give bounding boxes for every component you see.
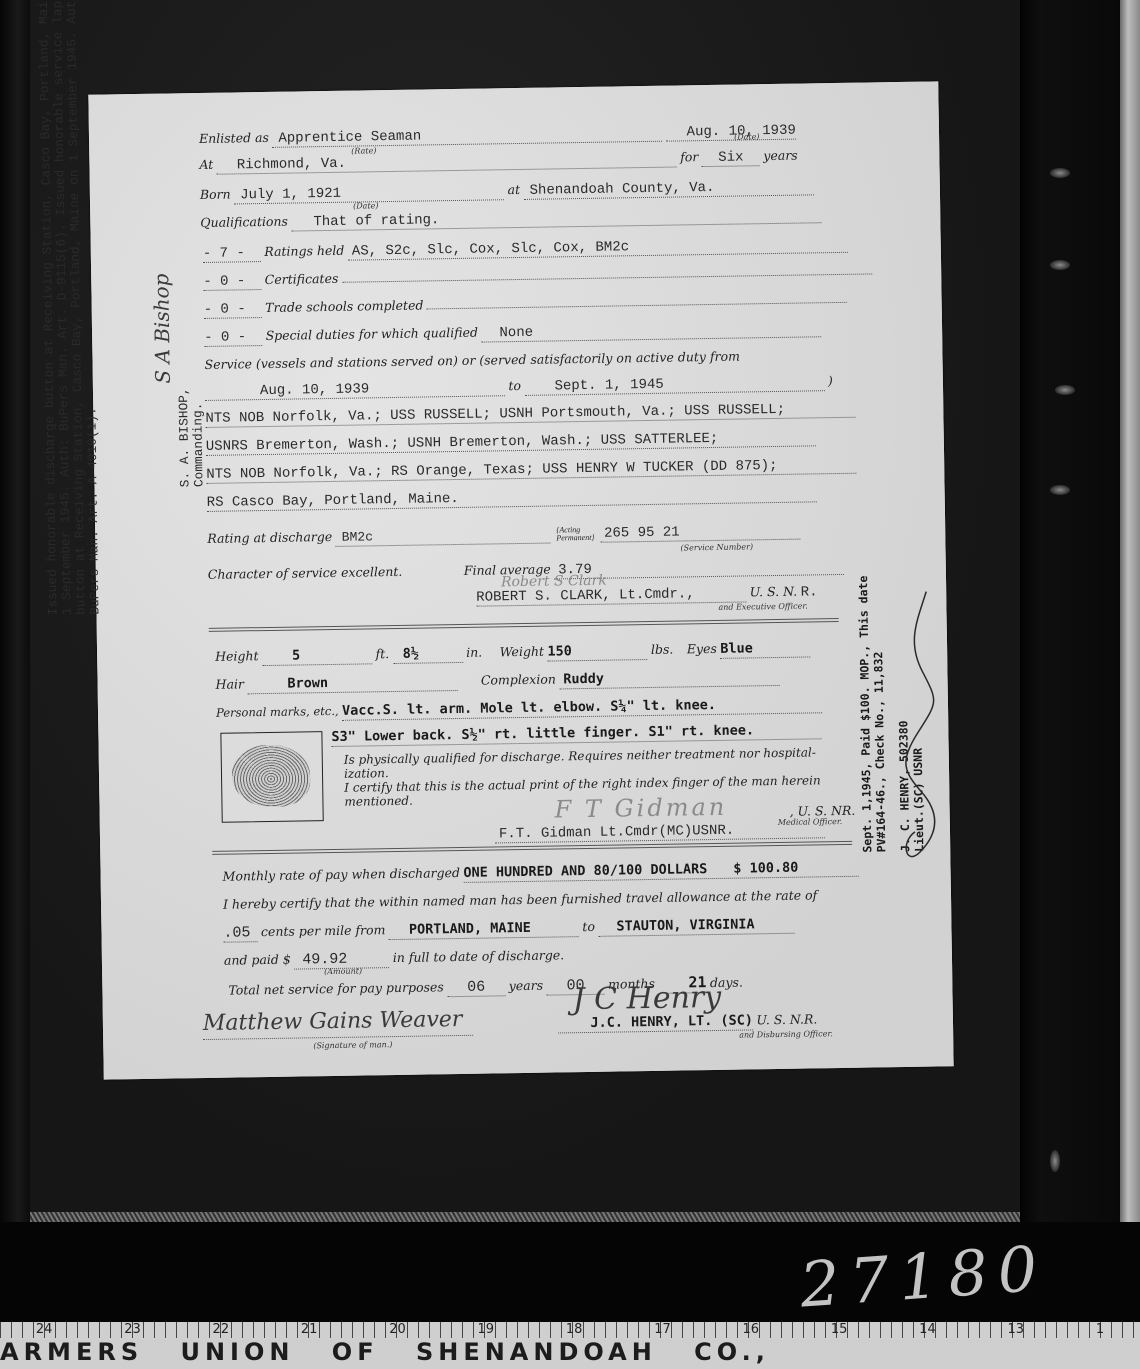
- disbursing-officer-name: J.C. HENRY, LT. (SC): [590, 1012, 753, 1031]
- qualifications: That of rating.: [313, 212, 439, 230]
- service-to-label: to: [508, 378, 521, 393]
- disbursing-officer-caption: and Disbursing Officer.: [739, 1029, 833, 1039]
- enlisted-at-row: At Richmond, Va. for Six years: [199, 148, 798, 175]
- commanding-officer-title: Commanding.: [191, 387, 207, 487]
- hair-complexion-row: Hair Brown Complexion Ruddy: [215, 668, 779, 695]
- character-of-service: Character of service excellent.: [208, 564, 403, 582]
- margin-signature-scribble: [896, 581, 951, 872]
- fingerprint-box: [220, 731, 323, 823]
- service-from: Aug. 10, 1939: [260, 381, 369, 399]
- service-number-caption: (Service Number): [680, 542, 753, 552]
- man-signature-line: [203, 1035, 473, 1040]
- frame-bottom-rail: [30, 1212, 1020, 1222]
- man-signature: Matthew Gains Weaver: [203, 1007, 463, 1036]
- certificates-row: - 0 - Certificates: [203, 262, 872, 290]
- character-row: Character of service excellent.: [208, 564, 403, 584]
- personal-marks-row-2: S3" Lower back. S½" rt. little finger. S…: [331, 721, 821, 747]
- ruler-imprint: ARMERS UNION OF SHENANDOAH CO.,: [0, 1338, 1140, 1366]
- special-duties: None: [499, 325, 533, 342]
- service-line: RS Casco Bay, Portland, Maine.: [207, 485, 817, 512]
- screw-icon: [1050, 485, 1070, 495]
- paid-amount: 49.92: [302, 951, 347, 969]
- ft-label: ft.: [375, 646, 389, 661]
- ratings-held: AS, S2c, Slc, Cox, Slc, Cox, BM2c: [352, 239, 629, 259]
- disbursing-officer-signature: J C Henry: [572, 980, 721, 1017]
- screw-icon: [1055, 385, 1075, 395]
- service-to: Sept. 1, 1945: [554, 377, 663, 395]
- service-close: ): [828, 373, 833, 388]
- eyes: Blue: [720, 640, 753, 657]
- personal-marks-line2: S3" Lower back. S½" rt. little finger. S…: [331, 722, 754, 745]
- paid-suffix: in full to date of discharge.: [393, 947, 565, 965]
- height-feet: 5: [292, 647, 300, 663]
- exec-usn-label: U. S. N.: [750, 584, 798, 600]
- born-date-caption: (Date): [353, 201, 379, 210]
- enlisted-row: Enlisted as Apprentice Seaman Aug. 10, 1…: [199, 122, 796, 149]
- travel-to: STAUTON, VIRGINIA: [616, 916, 754, 934]
- ratings-label: Ratings held: [264, 243, 344, 259]
- complexion-label: Complexion: [481, 671, 556, 687]
- enlisted-as-label: Enlisted as: [199, 130, 269, 146]
- lbs-label: lbs.: [651, 642, 674, 657]
- medical-officer-row: F.T. Gidman Lt.Cmdr(MC)USNR.: [495, 821, 825, 843]
- hair-label: Hair: [215, 676, 244, 691]
- service-period-row: Aug. 10, 1939 to Sept. 1, 1945 ): [205, 373, 833, 401]
- special-duties-label: Special duties for which qualified: [266, 325, 479, 343]
- hair: Brown: [287, 675, 328, 692]
- eyes-label: Eyes: [687, 641, 717, 656]
- paid-row: and paid $ 49.92 in full to date of disc…: [224, 947, 565, 970]
- net-service-years: 06: [467, 979, 485, 996]
- service-line: USNRS Bremerton, Wash.; USNH Bremerton, …: [206, 429, 816, 456]
- birth-date: July 1, 1921: [240, 186, 341, 204]
- ratings-count: - 7 -: [203, 245, 245, 262]
- travel-rate: .05: [223, 924, 250, 941]
- discharge-record-document: Enlisted as Apprentice Seaman Aug. 10, 1…: [88, 81, 953, 1079]
- ratings-row: - 7 - Ratings held AS, S2c, Slc, Cox, Sl…: [203, 235, 848, 263]
- service-line: NTS NOB Norfolk, Va.; RS Orange, Texas; …: [206, 457, 856, 484]
- exec-r-suffix: R.: [801, 584, 818, 600]
- weight: 150: [547, 643, 572, 659]
- permanent-label: Permanent: [556, 533, 591, 543]
- at-label: At: [199, 157, 213, 172]
- rating-at-discharge: BM2c: [342, 529, 373, 544]
- date-caption: (Date): [734, 132, 760, 141]
- born-label: Born: [200, 187, 231, 202]
- qualifications-row: Qualifications That of rating.: [200, 205, 821, 233]
- service-number: 265 95 21: [604, 525, 680, 542]
- rating-discharge-label: Rating at discharge: [207, 529, 332, 546]
- height-inches: 8½: [403, 646, 420, 662]
- personal-marks-row: Personal marks, etc., Vacc.S. lt. arm. M…: [216, 695, 822, 723]
- height-weight-row: Height 5 ft. 8½ in. Weight 150 lbs. Eyes…: [215, 639, 810, 666]
- service-label: Service (vessels and stations served on)…: [204, 349, 740, 372]
- years-word: years: [509, 978, 544, 994]
- executive-officer-name: ROBERT S. CLARK, Lt.Cmdr.,: [476, 586, 695, 605]
- enlistment-term: Six: [718, 149, 743, 165]
- screw-icon: [1050, 168, 1070, 178]
- qualifications-label: Qualifications: [200, 214, 288, 230]
- fingerprint-icon: [232, 744, 311, 807]
- for-label: for: [680, 149, 698, 164]
- screw-icon: [1050, 1150, 1060, 1172]
- man-signature-caption: (Signature of man.): [313, 1040, 392, 1050]
- amount-caption: (Amount): [324, 967, 362, 977]
- yardstick-ruler: 24 23 22 21 20 19 18 17 16 15 14 13 1 AR…: [0, 1322, 1140, 1369]
- in-label: in.: [466, 645, 482, 660]
- service-line-text: RS Casco Bay, Portland, Maine.: [207, 485, 817, 512]
- trade-schools-count: - 0 -: [204, 301, 246, 318]
- enlisted-at: Richmond, Va.: [237, 156, 346, 174]
- section-divider: [212, 841, 852, 855]
- frame-left-edge: [0, 0, 30, 1230]
- born-at-label: at: [507, 182, 520, 197]
- frame-right-rail: [1020, 0, 1120, 1230]
- monthly-pay-label: Monthly rate of pay when discharged: [222, 865, 460, 884]
- weight-label: Weight: [500, 644, 545, 660]
- years-label: years: [763, 148, 798, 164]
- paid-label: and paid $: [224, 952, 291, 968]
- monthly-pay-amount: $ 100.80: [733, 860, 798, 877]
- complexion: Ruddy: [563, 671, 604, 688]
- net-service-label: Total net service for pay purposes: [228, 979, 444, 997]
- travel-row: .05 cents per mile from PORTLAND, MAINE …: [223, 916, 794, 943]
- certificates-label: Certificates: [265, 271, 339, 287]
- service-line-text: NTS NOB Norfolk, Va.; USS RUSSELL; USNH …: [205, 401, 855, 428]
- special-duties-row: - 0 - Special duties for which qualified…: [204, 319, 822, 347]
- left-margin-annotation: Issued honorable discharge button at Rec…: [33, 0, 103, 615]
- trade-schools-row: - 0 - Trade schools completed: [204, 291, 847, 319]
- born-row: Born July 1, 1921 at Shenandoah County, …: [200, 177, 814, 205]
- travel-to-label: to: [582, 919, 595, 934]
- travel-from: PORTLAND, MAINE: [409, 920, 531, 938]
- service-line-text: NTS NOB Norfolk, Va.; RS Orange, Texas; …: [206, 457, 856, 484]
- special-duties-count: - 0 -: [204, 329, 246, 346]
- travel-certification-row: I hereby certify that the within named m…: [223, 887, 817, 913]
- service-line-text: USNRS Bremerton, Wash.; USNH Bremerton, …: [206, 429, 816, 456]
- medical-officer-name: F.T. Gidman Lt.Cmdr(MC)USNR.: [499, 823, 734, 843]
- commanding-officer-signature: S A Bishop: [149, 273, 175, 383]
- exec-officer-caption: and Executive Officer.: [718, 601, 808, 611]
- screw-icon: [1050, 260, 1070, 270]
- travel-rate-label: cents per mile from: [261, 922, 386, 939]
- personal-marks-line1: Vacc.S. lt. arm. Mole lt. elbow. S¼" lt.…: [342, 697, 716, 719]
- monthly-pay-words: ONE HUNDRED AND 80/100 DOLLARS: [463, 861, 707, 881]
- medical-officer-signature: F T Gidman: [554, 793, 727, 824]
- disbursing-usnr-label: U. S. N.R.: [756, 1011, 817, 1027]
- section-divider: [209, 618, 839, 632]
- monthly-pay-row: Monthly rate of pay when discharged ONE …: [222, 859, 858, 887]
- frame-outer-edge: [1120, 0, 1140, 1230]
- service-line: NTS NOB Norfolk, Va.; USS RUSSELL; USNH …: [205, 401, 855, 428]
- commanding-officer-block: S. A. BISHOP, Commanding.: [177, 387, 207, 487]
- certificates-count: - 0 -: [203, 273, 245, 290]
- travel-certification: I hereby certify that the within named m…: [223, 887, 817, 911]
- medical-officer-caption: Medical Officer.: [778, 817, 843, 827]
- height-label: Height: [215, 648, 259, 664]
- birthplace: Shenandoah County, Va.: [529, 180, 714, 199]
- service-heading: Service (vessels and stations served on)…: [204, 349, 740, 374]
- personal-marks-label: Personal marks, etc.,: [216, 704, 339, 720]
- acting-permanent-bracket: {ActingPermanent}: [556, 526, 595, 543]
- enlisted-rate: Apprentice Seaman: [278, 129, 421, 147]
- trade-schools-label: Trade schools completed: [265, 297, 423, 314]
